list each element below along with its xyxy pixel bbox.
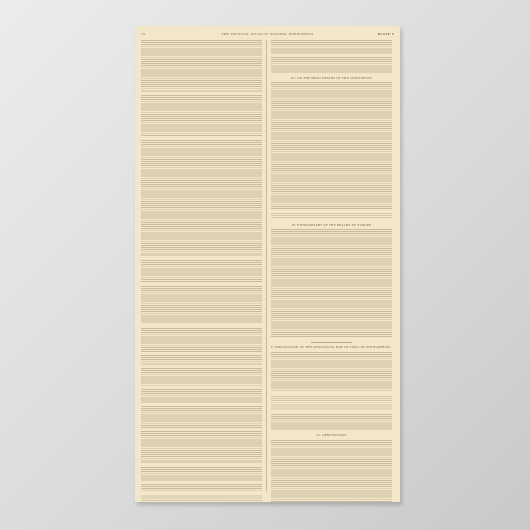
plate-label: PLATE 5 [378,32,394,36]
section-heading: V. EXPLANATION OF THE GEOLOGICAL MAP OF … [271,346,392,349]
text-block [141,467,262,481]
section-heading: IV. ETHNOGRAPHY OF THE REALMS OF EUROPE [271,224,392,227]
text-block [141,355,262,365]
height-table [271,213,392,219]
text-block [271,352,392,392]
text-block [141,368,262,386]
text-block [141,484,262,492]
footnotes [141,495,262,502]
page-header: 10 THE PHYSICAL ATLAS OF NATURAL PHENOME… [141,32,394,38]
text-block [141,431,262,463]
poster-page: 10 THE PHYSICAL ATLAS OF NATURAL PHENOME… [135,26,400,502]
section-rule [311,342,352,343]
running-title: THE PHYSICAL ATLAS OF NATURAL PHENOMENA [141,32,394,36]
text-block [141,406,262,428]
column-divider [266,40,267,492]
section-heading: III. ON THE MEAN HEIGHT OF THE CONTINENT… [271,77,392,80]
legend-list [271,396,392,410]
text-block [271,82,392,210]
text-block [271,414,392,430]
section-heading: VI. ORNITHOLOGY [271,434,392,437]
text-block [141,40,262,92]
text-block [141,95,262,137]
text-block [271,57,392,73]
text-block [141,286,262,324]
text-block [271,40,392,54]
text-block [141,389,262,403]
text-block [141,140,262,256]
text-block [141,328,262,352]
text-block [271,229,392,337]
left-column [141,40,262,494]
right-column: III. ON THE MEAN HEIGHT OF THE CONTINENT… [271,40,392,494]
text-block [271,440,392,502]
text-block [141,260,262,282]
